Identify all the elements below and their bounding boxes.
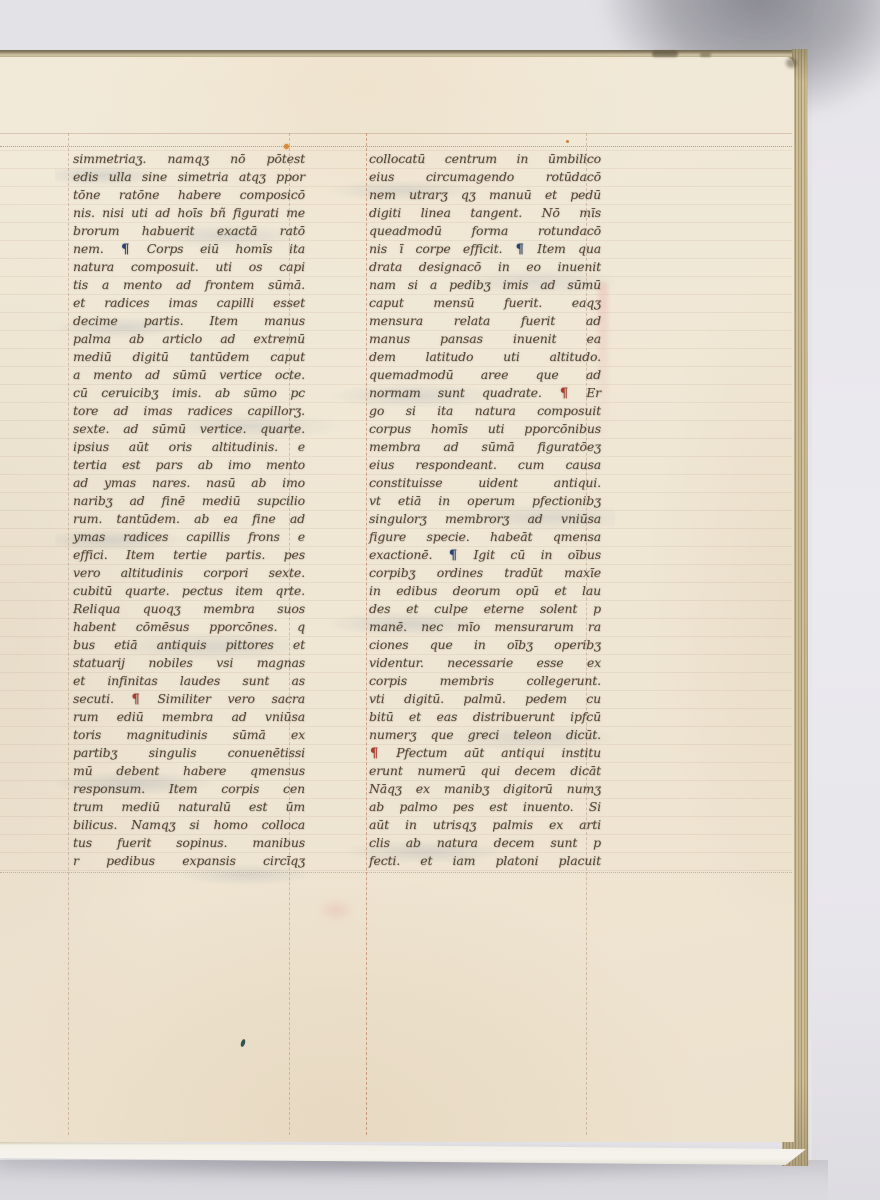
pilcrow-mark: ¶ [131,692,141,707]
text-line: sexte. ad sūmū vertice. quarte. [73,420,305,438]
text-line: des et culpe eterne solent p [369,600,601,618]
text-line: tore ad imas radices capillorʒ. [73,402,305,420]
pilcrow-mark: ¶ [369,746,379,761]
text-line: eius respondeant. cum causa [369,456,601,474]
orange-speck-small [566,140,569,143]
corner-dirt-smudge [786,58,797,68]
text-line: nis. nisi uti ad hoīs bñ figurati me [73,204,305,222]
text-line: cū ceruicibʒ imis. ab sūmo pc [73,384,305,402]
edge-dirt-smudge [652,51,678,57]
text-line: nis ī corpe efficit. ¶ Item qua [369,240,601,258]
text-line: digiti linea tangent. Nō mīs [369,204,601,222]
text-column-right: collocatū centrum in ūmbilicoeius circum… [369,150,601,870]
text-line: naribʒ ad finē mediū supcilio [73,492,305,510]
text-line: cubitū quarte. pectus item qrte. [73,582,305,600]
text-column-left: simmetriaʒ. namqʒ nō pōtestedis ulla sin… [73,150,305,870]
text-line: ab palmo pes est inuento. Si [369,798,601,816]
text-line: et radices imas capilli esset [73,294,305,312]
text-line: trum mediū naturalū est ūm [73,798,305,816]
text-line: habent cōmēsus pporcōnes. q [73,618,305,636]
text-line: et infinitas laudes sunt as [73,672,305,690]
text-line: numerʒ que greci teleon dicūt. [369,726,601,744]
text-line: aūt in utrisqʒ palmis ex arti [369,816,601,834]
orange-speck [284,144,289,149]
text-line: rum ediū membra ad vniūsa [73,708,305,726]
text-line: Reliqua quoqʒ membra suos [73,600,305,618]
text-line: simmetriaʒ. namqʒ nō pōtest [73,150,305,168]
teal-ink-speck [240,1039,246,1048]
text-line: caput mensū fuerit. eaqʒ [369,294,601,312]
text-line: exactionē. ¶ Igit cū in oībus [369,546,601,564]
text-line: dem latitudo uti altitudo. [369,348,601,366]
edge-dirt-smudge-small [700,53,711,57]
backdrop-right [812,0,880,1200]
text-line: palma ab articlo ad extremū [73,330,305,348]
text-line: collocatū centrum in ūmbilico [369,150,601,168]
text-line: brorum habuerit exactā ratō [73,222,305,240]
text-line: ipsius aūt oris altitudinis. e [73,438,305,456]
text-line: bus etiā antiquis pittores et [73,636,305,654]
text-line: tis a mento ad frontem sūmā. [73,276,305,294]
text-line: partibʒ singulis conuenētissi [73,744,305,762]
text-line: vti digitū. palmū. pedem cu [369,690,601,708]
text-line: queadmodū forma rotundacō [369,222,601,240]
text-line: r pedibus expansis circīqʒ [73,852,305,870]
text-line: figure specie. habeāt qmensa [369,528,601,546]
text-line: clis ab natura decem sunt p [369,834,601,852]
text-line: edis ulla sine simetria atqʒ ppor [73,168,305,186]
parchment-page: simmetriaʒ. namqʒ nō pōtestedis ulla sin… [0,57,794,1142]
text-line: videntur. necessarie esse ex [369,654,601,672]
text-line: decime partis. Item manus [73,312,305,330]
text-line: mū debent habere qmensus [73,762,305,780]
text-line: toris magnitudinis sūmā ex [73,726,305,744]
text-line: tus fuerit sopinus. manibus [73,834,305,852]
text-line: corpus homīs uti pporcōnibus [369,420,601,438]
text-line: nam si a pedibʒ imis ad sūmū [369,276,601,294]
text-line: manus pansas inuenit ea [369,330,601,348]
pilcrow-mark: ¶ [559,386,569,401]
text-line: statuarij nobiles vsi magnas [73,654,305,672]
text-line: ymas radices capillis frons e [73,528,305,546]
text-line: erunt numerū qui decem dicāt [369,762,601,780]
pilcrow-mark: ¶ [120,242,130,257]
pilcrow-mark: ¶ [515,242,525,257]
text-line: mensura relata fuerit ad [369,312,601,330]
text-line: a mento ad sūmū vertice octe. [73,366,305,384]
text-line: in edibus deorum opū et lau [369,582,601,600]
manuscript-photo: { "manuscript": { "columns": [ { "id": "… [0,0,880,1200]
text-line: secuti. ¶ Similiter vero sacra [73,690,305,708]
text-line: constituisse uident antiqui. [369,474,601,492]
text-line: tertia est pars ab imo mento [73,456,305,474]
ruling-top-line-1 [0,133,792,134]
text-line: membra ad sūmā figuratōeʒ [369,438,601,456]
text-line: ciones que in oībʒ operibʒ [369,636,601,654]
text-line: ad ymas nares. nasū ab imo [73,474,305,492]
text-line: fecti. et iam platoni placuit [369,852,601,870]
text-line: responsum. Item corpis cen [73,780,305,798]
text-line: bitū et eas distribuerunt ipfcū [369,708,601,726]
text-line: effici. Item tertie partis. pes [73,546,305,564]
text-line: natura composuit. uti os capi [73,258,305,276]
text-line: vt etiā in operum pfectionibʒ [369,492,601,510]
text-line: tōne ratōne habere composicō [73,186,305,204]
text-line: drata designacō in eo inuenit [369,258,601,276]
text-line: nem utrarʒ qʒ manuū et pedū [369,186,601,204]
text-line: vero altitudinis corpori sexte. [73,564,305,582]
pink-stain-blotch [318,898,354,922]
text-line: singulorʒ membrorʒ ad vniūsa [369,510,601,528]
text-line: go si ita natura composuit [369,402,601,420]
text-line: manē. nec mīo mensurarum ra [369,618,601,636]
text-line: ¶ Pfectum aūt antiqui institu [369,744,601,762]
text-line: mediū digitū tantūdem caput [73,348,305,366]
text-line: eius circumagendo rotūdacō [369,168,601,186]
text-line: bilicus. Namqʒ si homo colloca [73,816,305,834]
text-line: rum. tantūdem. ab ea fine ad [73,510,305,528]
text-line: Nāqʒ ex manibʒ digitorū numʒ [369,780,601,798]
text-line: corpis membris collegerunt. [369,672,601,690]
text-line: normam sunt quadrate. ¶ Er [369,384,601,402]
pilcrow-mark: ¶ [448,548,458,563]
text-line: corpibʒ ordines tradūt maxīe [369,564,601,582]
text-line: nem. ¶ Corps eiū homīs ita [73,240,305,258]
text-line: quemadmodū aree que ad [369,366,601,384]
